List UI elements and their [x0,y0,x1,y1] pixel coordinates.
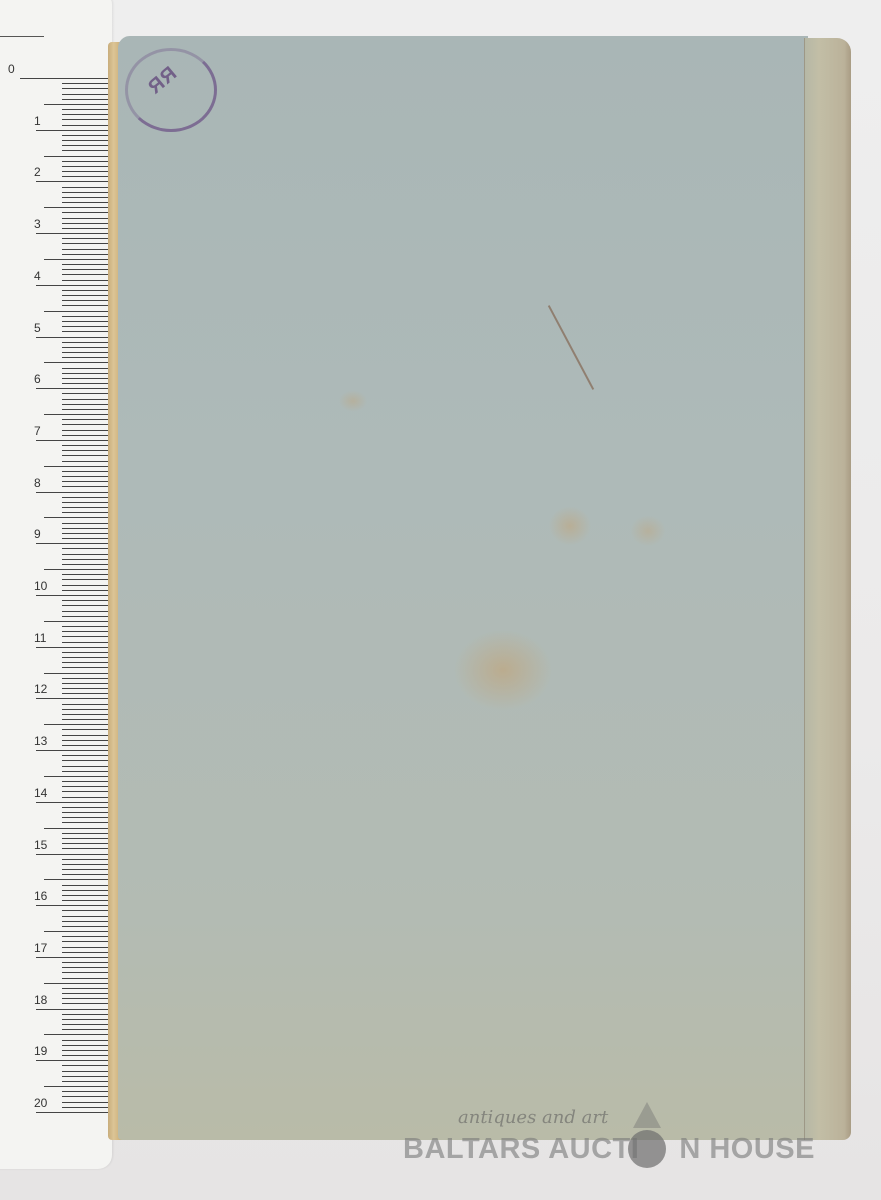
ruler-tick [62,771,108,772]
ruler-tick [36,1060,108,1061]
ruler-tick [62,1107,108,1108]
ruler-tick [62,626,108,627]
ruler-tick [62,316,108,317]
ruler-tick [62,843,108,844]
ruler-tick [62,740,108,741]
ruler-tick [36,905,108,906]
ruler-tick [62,280,108,281]
ruler-tick [62,600,108,601]
ruler-label: 19 [34,1044,47,1058]
ruler-tick [62,729,108,730]
ruler-tick [62,1091,108,1092]
ruler-tick [62,321,108,322]
ruler-tick [62,1029,108,1030]
ruler-tick [62,833,108,834]
ruler-tick [62,1096,108,1097]
ruler-tick [62,1019,108,1020]
ruler-tick [62,109,108,110]
ruler-tick [62,187,108,188]
ruler-tick [62,936,108,937]
ruler-label: 17 [34,941,47,955]
ruler-tick [62,399,108,400]
ruler-tick [62,921,108,922]
ruler-tick [62,223,108,224]
ruler-tick [62,1003,108,1004]
ruler-label: 16 [34,889,47,903]
ruler-tick [62,548,108,549]
ruler-tick [44,104,108,105]
ruler-tick [44,1086,108,1087]
ruler-tick [62,331,108,332]
ruler-tick [62,564,108,565]
ruler-tick [62,755,108,756]
ruler-tick [62,559,108,560]
ruler-tick [62,202,108,203]
ruler-tick [62,817,108,818]
ruler-tick [44,207,108,208]
ruler-tick [62,605,108,606]
ruler-tick [36,130,108,131]
ruler-tick [62,404,108,405]
ruler-tick [62,916,108,917]
ruler-tick [62,94,108,95]
ruler-tick [44,621,108,622]
ruler-label: 3 [34,217,41,231]
ruler-tick [62,269,108,270]
ruler-label: 4 [34,269,41,283]
ruler-tick [62,574,108,575]
ruler-tick [62,941,108,942]
ruler-label: 13 [34,734,47,748]
ruler-tick [62,1014,108,1015]
ruler-tick [62,305,108,306]
ruler-tick [62,988,108,989]
ruler-label: 7 [34,424,41,438]
ruler-tick [62,455,108,456]
ruler-tick [44,776,108,777]
ruler-tick [62,171,108,172]
ruler-tick [62,554,108,555]
ruler-label: 11 [34,631,46,645]
ruler-label: 10 [34,579,47,593]
ruler-label: 1 [34,114,41,128]
ruler-tick [62,166,108,167]
ruler-tick [62,683,108,684]
ruler-tick [62,678,108,679]
ruler-tick [62,538,108,539]
ruler-tick [62,481,108,482]
watermark-brand: BALTARS AUCTIN HOUSE [403,1133,815,1166]
ruler-tick [62,445,108,446]
ruler-label: 0 [8,62,15,76]
ruler-tick [62,791,108,792]
ruler-label: 12 [34,682,47,696]
ruler-tick [62,99,108,100]
ruler-tick [36,698,108,699]
ruler-tick [62,910,108,911]
ruler-tick [62,885,108,886]
ruler-tick [62,864,108,865]
ruler-tick [62,874,108,875]
ruler-tick [62,978,108,979]
ruler-tick [62,383,108,384]
ruler-label: 20 [34,1096,47,1110]
ruler: 01234567891011121314151617181920 [0,0,112,1169]
ruler-tick [44,983,108,984]
ruler-tick [62,357,108,358]
ruler-tick [62,693,108,694]
ruler-tick [62,998,108,999]
ruler-tick [62,1050,108,1051]
ruler-tick [62,719,108,720]
ruler-tick [62,766,108,767]
ruler-tick [62,807,108,808]
ruler-tick [36,233,108,234]
ruler-tick [62,424,108,425]
ruler-label: 8 [34,476,41,490]
ruler-tick [36,1009,108,1010]
ruler-tick [62,352,108,353]
ruler-tick [62,662,108,663]
ruler-tick [62,967,108,968]
ruler-tick [62,290,108,291]
ruler-tick [62,512,108,513]
ruler-tick [44,517,108,518]
ruler-tick [62,797,108,798]
ruler-tick [62,486,108,487]
ruler-tick [36,647,108,648]
ruler-tick [62,373,108,374]
ruler-tick [36,854,108,855]
ruler-tick [44,828,108,829]
ruler-tick [44,931,108,932]
book-spine [804,38,851,1140]
ruler-tick [36,750,108,751]
ruler-tick [62,161,108,162]
book-back-cover [118,36,808,1140]
ruler-label: 14 [34,786,47,800]
ruler-tick [62,704,108,705]
ruler-tick [62,786,108,787]
ruler-tick [62,714,108,715]
ruler-tick [62,228,108,229]
ruler-tick [62,636,108,637]
ruler-tick [62,812,108,813]
ruler-tick [62,523,108,524]
ruler-tick [36,440,108,441]
ruler-tick [62,393,108,394]
ruler-tick [62,83,108,84]
crown-icon [633,1102,661,1128]
ruler-tick [62,859,108,860]
ruler-tick [62,1040,108,1041]
ruler-tick [62,342,108,343]
ruler-tick [36,388,108,389]
ruler-tick [62,326,108,327]
library-stamp: ЯЯ [125,48,217,132]
ruler-tick [44,724,108,725]
ruler-tick [62,176,108,177]
ruler-tick [62,590,108,591]
ruler-tick [62,890,108,891]
ruler-tick [62,652,108,653]
ruler-tick [62,735,108,736]
ruler-tick [62,461,108,462]
ruler-tick [62,409,108,410]
ruler-tick [44,259,108,260]
ruler-tick [62,243,108,244]
ruler-tick [62,579,108,580]
ruler-tick [62,88,108,89]
ruler-tick [62,642,108,643]
ruler-tick [62,502,108,503]
watermark-brand-left: BALTARS AUCTI [403,1133,639,1165]
ruler-tick [36,337,108,338]
ruler-tick [44,311,108,312]
ruler-tick [62,533,108,534]
ruler-label: 15 [34,838,47,852]
ruler-tick [62,125,108,126]
ruler-label: 5 [34,321,41,335]
ruler-tick [36,1112,108,1113]
ruler-tick [62,1045,108,1046]
ruler-label: 2 [34,165,41,179]
ruler-label: 9 [34,527,41,541]
ruler-tick [44,362,108,363]
ruler-tick [62,822,108,823]
ruler-tick [62,450,108,451]
ruler-tick [62,497,108,498]
ruler-tick [62,274,108,275]
ruler-tick [62,947,108,948]
stamp-text: ЯЯ [144,62,182,99]
ruler-tick [44,1034,108,1035]
ruler-tick [62,368,108,369]
ruler-tick [62,952,108,953]
ruler-tick [36,595,108,596]
ruler-tick [36,181,108,182]
ruler-tick [62,249,108,250]
ruler-tick [36,543,108,544]
ruler-tick [62,507,108,508]
ruler-tick [62,972,108,973]
ruler-tick [20,78,108,79]
ruler-top-line [0,36,44,37]
ruler-tick [62,347,108,348]
ruler-tick [62,218,108,219]
ruler-tick [62,238,108,239]
ruler-tick [44,466,108,467]
ruler-tick [62,657,108,658]
ruler-tick [62,1055,108,1056]
ruler-label: 6 [34,372,41,386]
ruler-tick [62,611,108,612]
ruler-tick [62,471,108,472]
ruler-tick [62,900,108,901]
watermark-logo-circle-icon [628,1130,666,1168]
ruler-tick [62,709,108,710]
ruler-tick [62,140,108,141]
ruler-tick [62,264,108,265]
ruler-tick [36,802,108,803]
ruler-tick [62,1065,108,1066]
ruler-tick [62,745,108,746]
ruler-tick [62,197,108,198]
ruler-tick [62,1071,108,1072]
watermark-brand-right: N HOUSE [679,1133,815,1165]
ruler-tick [62,212,108,213]
ruler-tick [44,879,108,880]
ruler-tick [62,419,108,420]
ruler-tick [62,430,108,431]
ruler-tick [62,528,108,529]
ruler-tick [44,414,108,415]
ruler-tick [62,192,108,193]
watermark-tagline: antiques and art [458,1107,608,1128]
ruler-tick [62,993,108,994]
ruler-tick [62,1076,108,1077]
ruler-tick [62,869,108,870]
ruler-tick [44,673,108,674]
ruler-tick [62,435,108,436]
ruler-tick [62,145,108,146]
ruler-tick [62,378,108,379]
ruler-tick [62,631,108,632]
ruler-tick [62,135,108,136]
ruler-tick [62,667,108,668]
ruler-tick [62,838,108,839]
ruler-tick [62,848,108,849]
ruler-tick [62,119,108,120]
ruler-tick [62,150,108,151]
ruler-tick [62,688,108,689]
ruler-tick [36,285,108,286]
ruler-tick [62,476,108,477]
ruler-tick [62,114,108,115]
ruler-tick [62,616,108,617]
ruler-tick [44,156,108,157]
ruler-tick [62,1102,108,1103]
ruler-tick [62,300,108,301]
ruler-tick [62,1024,108,1025]
ruler-tick [62,760,108,761]
ruler-tick [36,492,108,493]
ruler-tick [62,895,108,896]
ruler-tick [62,254,108,255]
ruler-tick [62,962,108,963]
ruler-tick [62,585,108,586]
ruler-tick [36,957,108,958]
ruler-tick [62,926,108,927]
ruler-tick [62,781,108,782]
ruler-tick [62,295,108,296]
ruler-label: 18 [34,993,47,1007]
ruler-tick [44,569,108,570]
ruler-tick [62,1081,108,1082]
